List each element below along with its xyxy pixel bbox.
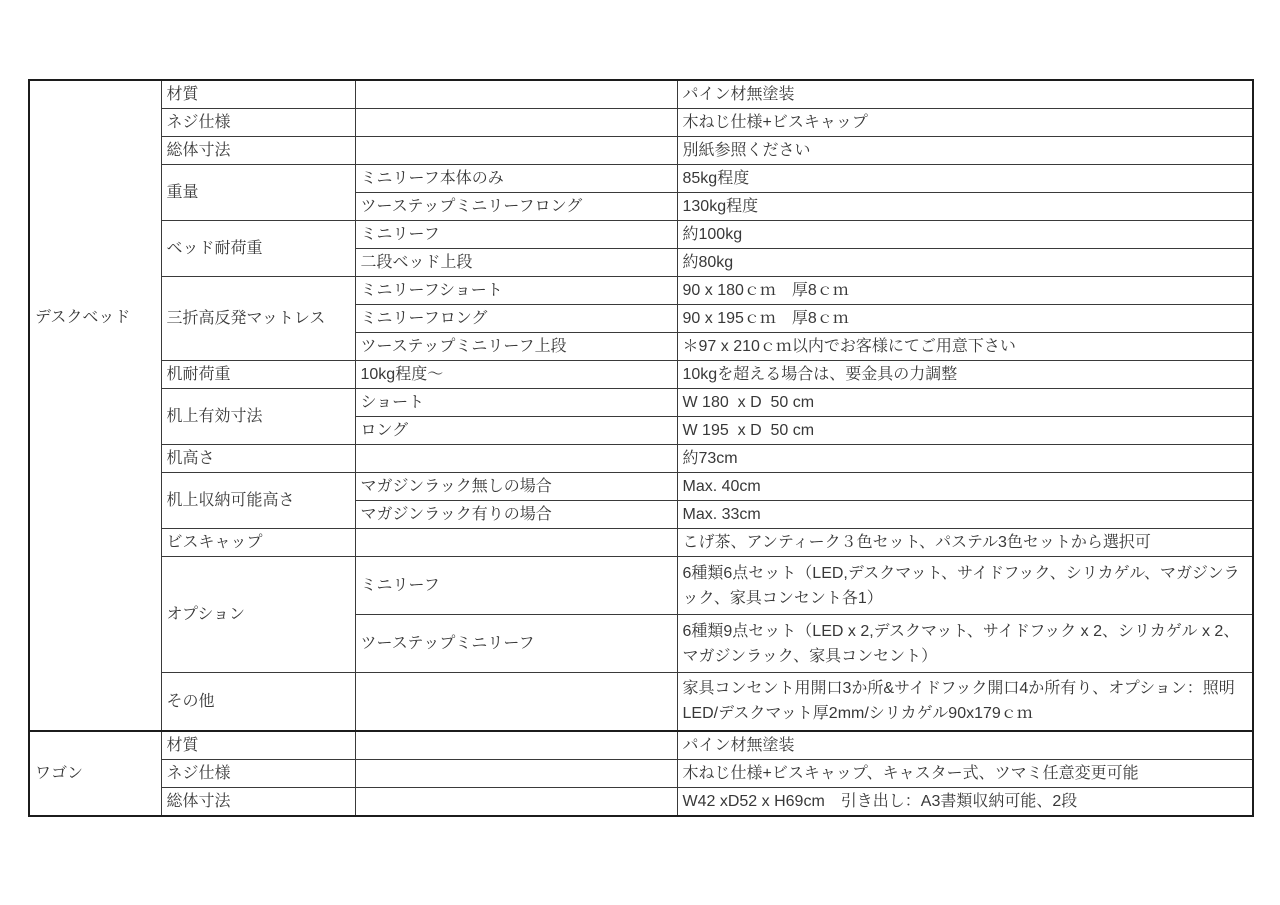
attr-cell: ネジ仕様 [161, 109, 355, 137]
attr-cell: ベッド耐荷重 [161, 221, 355, 277]
sub-cell: 二段ベッド上段 [355, 249, 677, 277]
table-row: 机耐荷重 10kg程度～ 10kgを超える場合は、要金具の力調整 [29, 361, 1253, 389]
sub-cell [355, 731, 677, 760]
value-cell: パイン材無塗装 [677, 80, 1253, 109]
value-cell: ＊97 x 210ｃｍ以内でお客様にてご用意下さい [677, 333, 1253, 361]
value-cell: 木ねじ仕様+ビスキャップ、キャスター式、ツマミ任意変更可能 [677, 759, 1253, 787]
attr-cell: その他 [161, 673, 355, 731]
page: デスクベッド 材質 パイン材無塗装 ネジ仕様 木ねじ仕様+ビスキャップ 総体寸法… [0, 0, 1280, 905]
sub-cell: ツーステップミニリーフ [355, 615, 677, 673]
sub-cell [355, 80, 677, 109]
sub-cell [355, 137, 677, 165]
category-cell-wagon: ワゴン [29, 731, 161, 816]
table-row: ネジ仕様 木ねじ仕様+ビスキャップ、キャスター式、ツマミ任意変更可能 [29, 759, 1253, 787]
value-cell: パイン材無塗装 [677, 731, 1253, 760]
attr-cell: 総体寸法 [161, 787, 355, 816]
sub-cell: ロング [355, 417, 677, 445]
value-cell: Max. 40cm [677, 473, 1253, 501]
sub-cell: ミニリーフ [355, 557, 677, 615]
value-cell: 別紙参照ください [677, 137, 1253, 165]
value-cell: 90 x 180ｃｍ 厚8ｃｍ [677, 277, 1253, 305]
value-cell: 木ねじ仕様+ビスキャップ [677, 109, 1253, 137]
value-cell: W 195 x D 50 cm [677, 417, 1253, 445]
attr-cell: 材質 [161, 731, 355, 760]
table-row: ネジ仕様 木ねじ仕様+ビスキャップ [29, 109, 1253, 137]
table-row: 机上有効寸法 ショート W 180 x D 50 cm [29, 389, 1253, 417]
sub-cell [355, 109, 677, 137]
table-row: デスクベッド 材質 パイン材無塗装 [29, 80, 1253, 109]
sub-cell: ツーステップミニリーフ上段 [355, 333, 677, 361]
table-row: その他 家具コンセント用開口3か所&サイドフック開口4か所有り、オプション：照明… [29, 673, 1253, 731]
sub-cell [355, 529, 677, 557]
sub-cell: ミニリーフ [355, 221, 677, 249]
table-row: ベッド耐荷重 ミニリーフ 約100kg [29, 221, 1253, 249]
category-label: デスクベッド [35, 309, 130, 326]
category-label: ワゴン [35, 765, 83, 782]
sub-cell: 10kg程度～ [355, 361, 677, 389]
attr-cell: 机上有効寸法 [161, 389, 355, 445]
attr-cell: ネジ仕様 [161, 759, 355, 787]
attr-cell: 三折高反発マットレス [161, 277, 355, 361]
value-cell: 85kg程度 [677, 165, 1253, 193]
value-cell: 10kgを超える場合は、要金具の力調整 [677, 361, 1253, 389]
table-row: 総体寸法 別紙参照ください [29, 137, 1253, 165]
attr-cell: 重量 [161, 165, 355, 221]
category-cell-deskbed: デスクベッド [29, 80, 161, 731]
table-row: 机高さ 約73cm [29, 445, 1253, 473]
sub-cell: マガジンラック有りの場合 [355, 501, 677, 529]
attr-cell: オプション [161, 557, 355, 673]
attr-cell: 机耐荷重 [161, 361, 355, 389]
sub-cell [355, 759, 677, 787]
sub-cell [355, 787, 677, 816]
value-cell: 約100kg [677, 221, 1253, 249]
sub-cell: ミニリーフ本体のみ [355, 165, 677, 193]
value-cell: W42 xD52 x H69cm 引き出し：A3書類収納可能、2段 [677, 787, 1253, 816]
attr-cell: 机高さ [161, 445, 355, 473]
value-cell: 約80kg [677, 249, 1253, 277]
table-row: 机上収納可能高さ マガジンラック無しの場合 Max. 40cm [29, 473, 1253, 501]
value-cell: 6種類6点セット（LED,デスクマット、サイドフック、シリカゲル、マガジンラック… [677, 557, 1253, 615]
attr-cell: 総体寸法 [161, 137, 355, 165]
value-cell: 6種類9点セット（LED x 2,デスクマット、サイドフック x 2、シリカゲル… [677, 615, 1253, 673]
spec-table: デスクベッド 材質 パイン材無塗装 ネジ仕様 木ねじ仕様+ビスキャップ 総体寸法… [28, 79, 1254, 817]
sub-cell: マガジンラック無しの場合 [355, 473, 677, 501]
table-row: ワゴン 材質 パイン材無塗装 [29, 731, 1253, 760]
sub-cell: ツーステップミニリーフロング [355, 193, 677, 221]
sub-cell [355, 445, 677, 473]
sub-cell: ショート [355, 389, 677, 417]
attr-cell: 机上収納可能高さ [161, 473, 355, 529]
value-cell: 90 x 195ｃｍ 厚8ｃｍ [677, 305, 1253, 333]
sub-cell: ミニリーフロング [355, 305, 677, 333]
value-cell: 家具コンセント用開口3か所&サイドフック開口4か所有り、オプション：照明LED/… [677, 673, 1253, 731]
table-row: ビスキャップ こげ茶、アンティーク３色セット、パステル3色セットから選択可 [29, 529, 1253, 557]
table-row: オプション ミニリーフ 6種類6点セット（LED,デスクマット、サイドフック、シ… [29, 557, 1253, 615]
value-cell: こげ茶、アンティーク３色セット、パステル3色セットから選択可 [677, 529, 1253, 557]
sub-cell [355, 673, 677, 731]
attr-cell: ビスキャップ [161, 529, 355, 557]
value-cell: W 180 x D 50 cm [677, 389, 1253, 417]
attr-cell: 材質 [161, 80, 355, 109]
sub-cell: ミニリーフショート [355, 277, 677, 305]
table-row: 重量 ミニリーフ本体のみ 85kg程度 [29, 165, 1253, 193]
value-cell: 約73cm [677, 445, 1253, 473]
value-cell: Max. 33cm [677, 501, 1253, 529]
value-cell: 130kg程度 [677, 193, 1253, 221]
table-row: 総体寸法 W42 xD52 x H69cm 引き出し：A3書類収納可能、2段 [29, 787, 1253, 816]
table-row: 三折高反発マットレス ミニリーフショート 90 x 180ｃｍ 厚8ｃｍ [29, 277, 1253, 305]
